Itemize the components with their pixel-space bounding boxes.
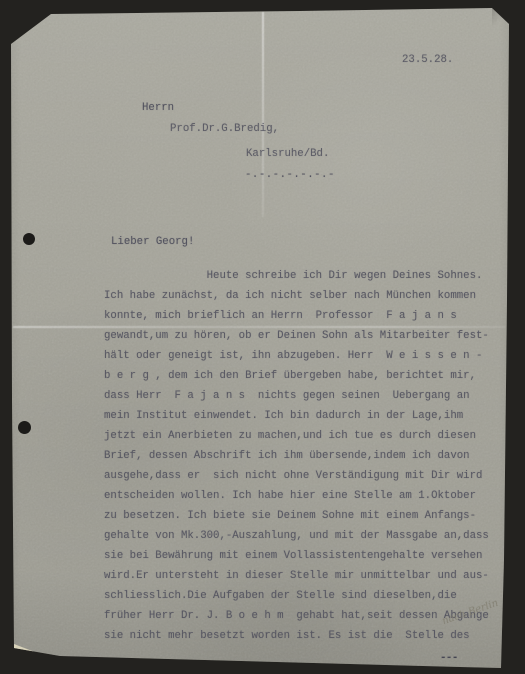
recipient-title: Herrn (142, 98, 174, 118)
body-line: konnte, mich brieflich an Herrn Professo… (104, 306, 489, 326)
letter-date: 23.5.28. (402, 50, 453, 70)
body-line: zu besetzen. Ich biete sie Deinem Sohne … (104, 506, 489, 526)
body-line: sie bei Bewährung mit einem Vollassisten… (104, 546, 489, 566)
body-line: dass Herr F a j a n s nichts gegen seine… (104, 386, 489, 406)
body-line: schliesslich.Die Aufgaben der Stelle sin… (104, 586, 489, 606)
body-line: entscheiden wollen. Ich habe hier eine S… (104, 486, 489, 506)
recipient-city: Karlsruhe/Bd. (246, 144, 329, 164)
body-line: Heute schreibe ich Dir wegen Deines Sohn… (104, 266, 489, 286)
body-line: sie nicht mehr besetzt worden ist. Es is… (104, 626, 489, 646)
letter-body: Heute schreibe ich Dir wegen Deines Sohn… (104, 266, 489, 646)
address-divider-line: -.-.-.-.-.-.- (245, 165, 335, 185)
hole-punch-bottom (18, 421, 31, 434)
scanned-letter-page: 23.5.28. Herrn Prof.Dr.G.Bredig, Karlsru… (0, 0, 525, 674)
body-line: b e r g , dem ich den Brief übergeben ha… (104, 366, 489, 386)
page-continuation-mark: --- (440, 648, 458, 668)
body-line: mein Institut einwendet. Ich bin dadurch… (104, 406, 489, 426)
body-line: Brief, dessen Abschrift ich ihm übersend… (104, 446, 489, 466)
body-line: jetzt ein Anerbieten zu machen,und ich t… (104, 426, 489, 446)
body-line: wird.Er untersteht in dieser Stelle mir … (104, 566, 489, 586)
top-right-corner-fold (492, 6, 512, 28)
body-line: gewandt,um zu hören, ob er Deinen Sohn a… (104, 326, 489, 346)
body-line: ausgehe,dass er sich nicht ohne Verständ… (104, 466, 489, 486)
salutation: Lieber Georg! (111, 232, 194, 252)
hole-punch-top (23, 233, 35, 245)
paper-sheet: 23.5.28. Herrn Prof.Dr.G.Bredig, Karlsru… (0, 0, 525, 674)
body-line: gehalte von Mk.300,-Auszahlung, und mit … (104, 526, 489, 546)
recipient-name: Prof.Dr.G.Bredig, (170, 119, 279, 139)
body-line: Ich habe zunächst, da ich nicht selber n… (104, 286, 489, 306)
body-line: früher Herr Dr. J. B o e h m gehabt hat,… (104, 606, 489, 626)
body-line: hält oder geneigt ist, ihn abzugeben. He… (104, 346, 489, 366)
bottom-left-corner-dogear (11, 637, 69, 667)
vertical-fold-crease (262, 12, 264, 217)
